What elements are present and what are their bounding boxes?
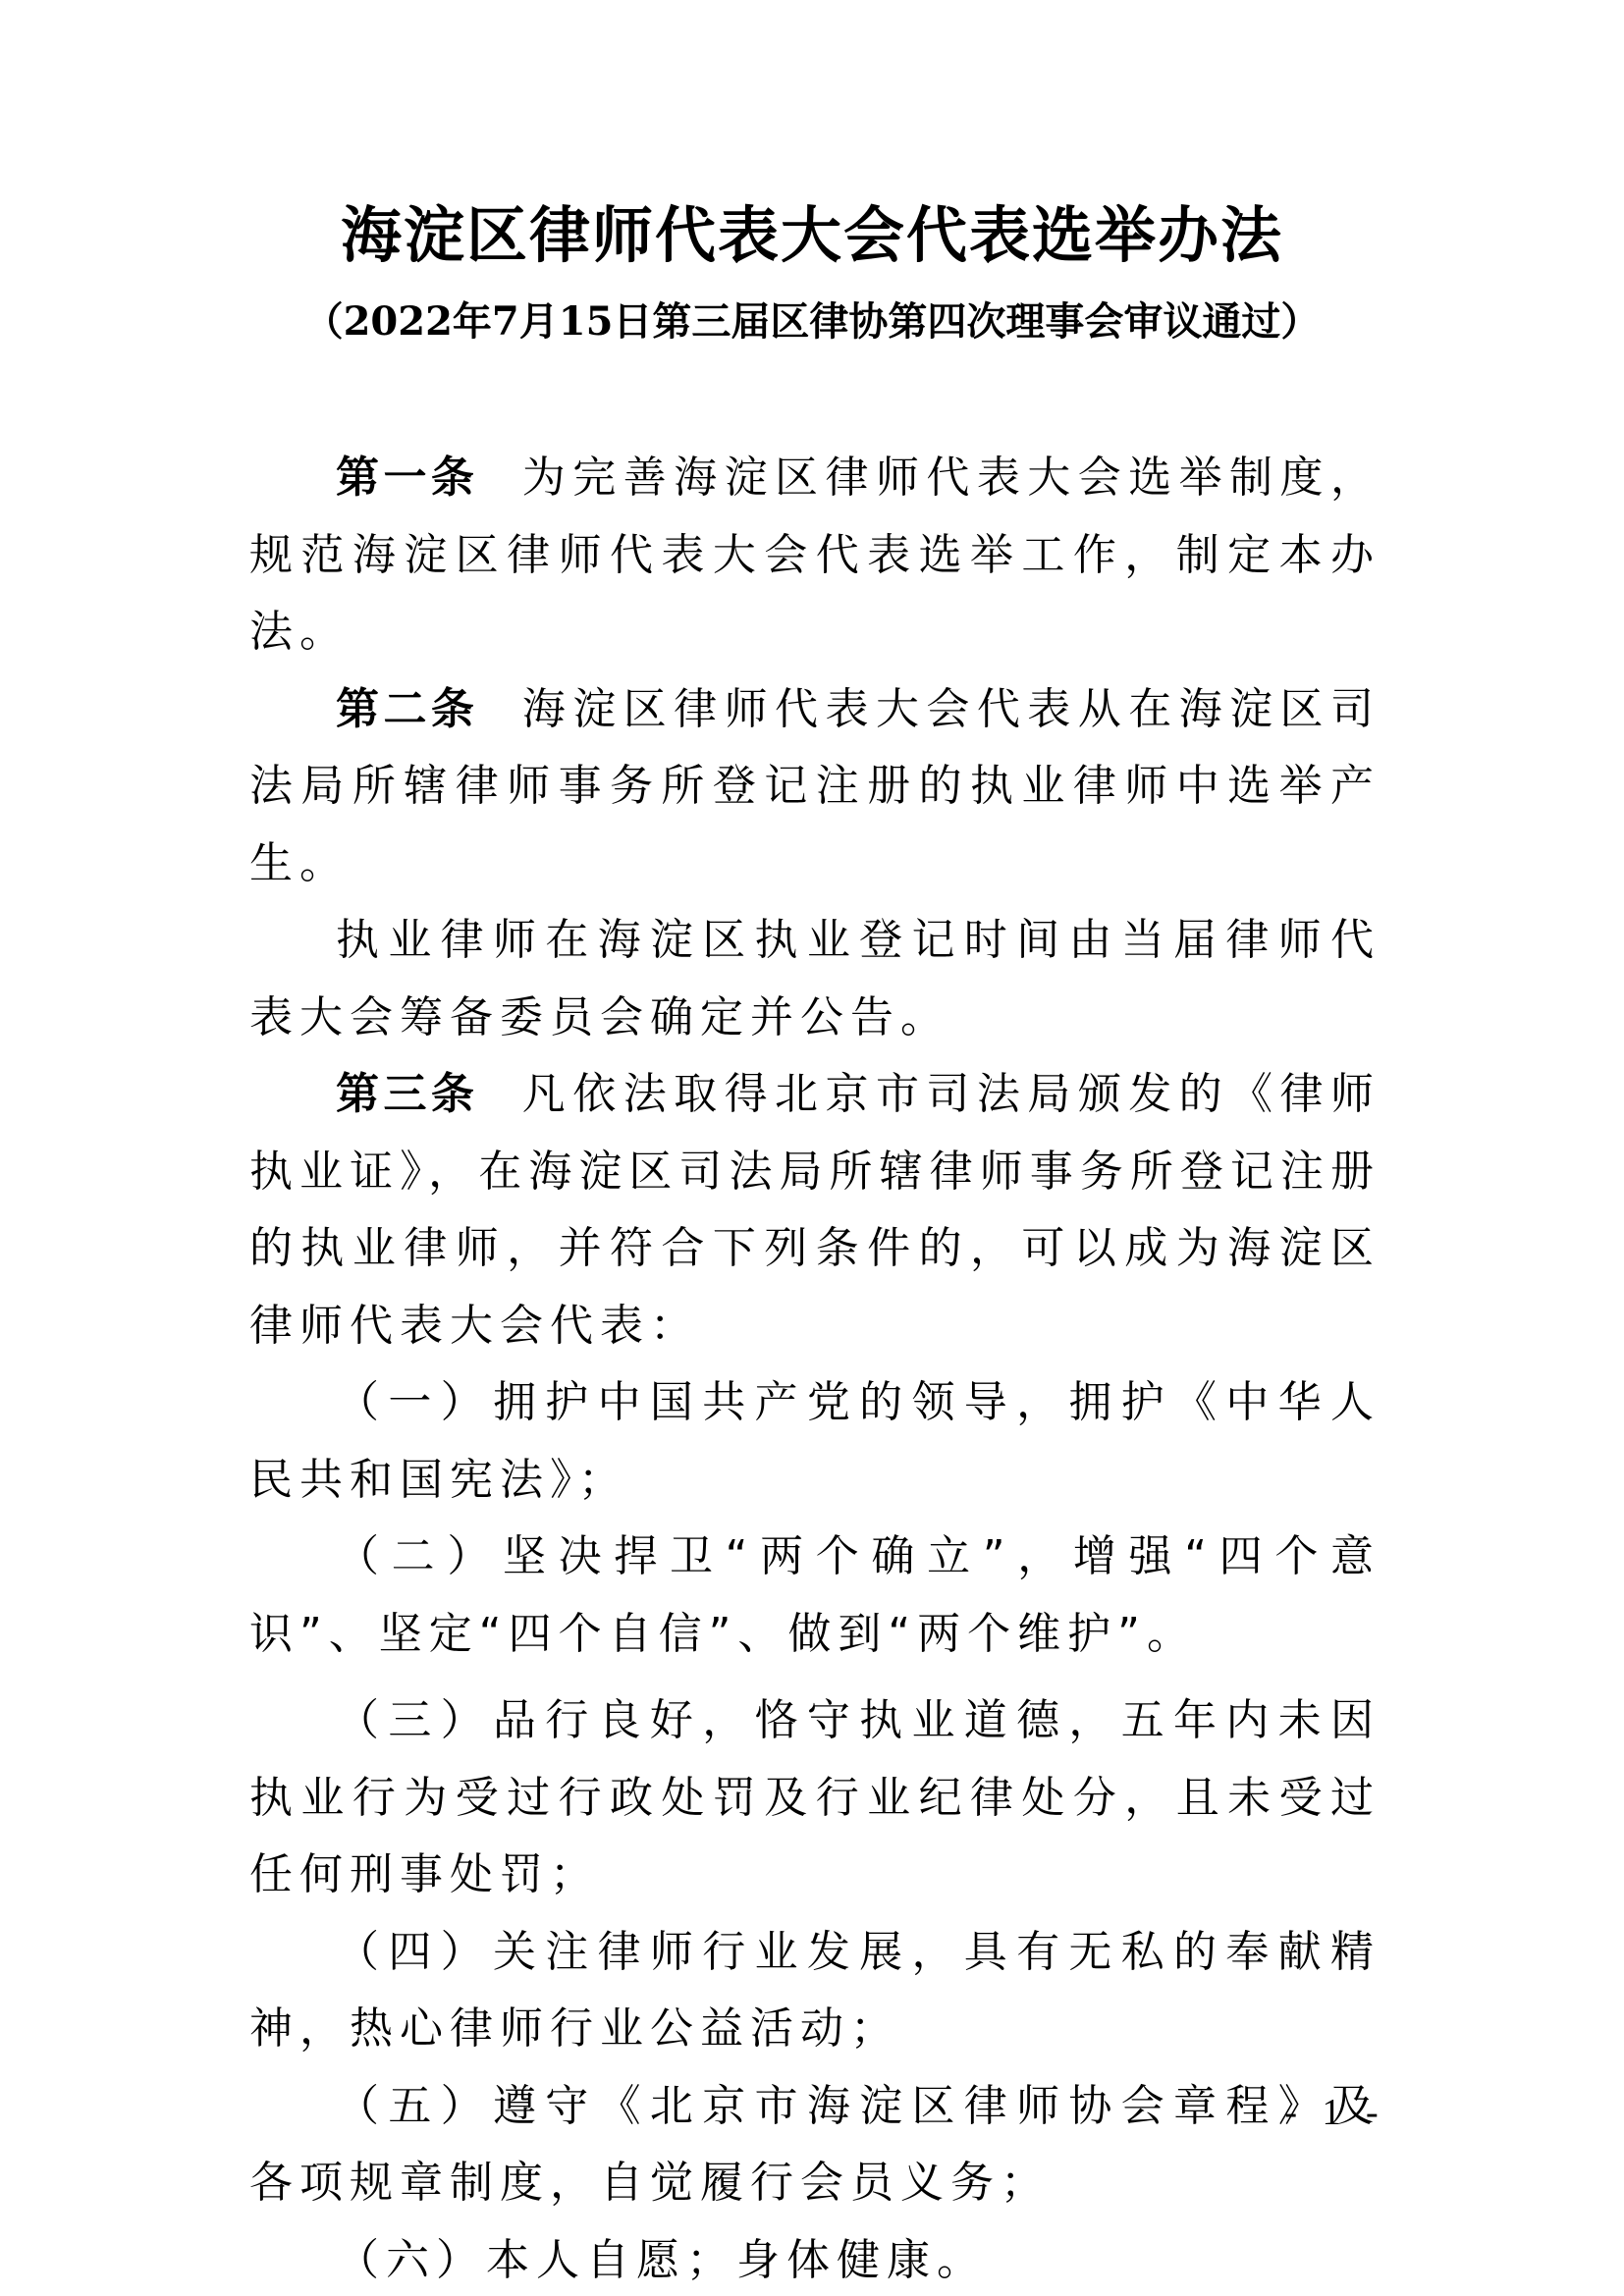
paragraph: 执业律师在海淀区执业登记时间由当届律师代表大会筹备委员会确定并公告。	[249, 902, 1380, 1056]
document-subtitle: （2022年7月15日第三届区律协第四次理事会审议通过）	[0, 294, 1624, 349]
page-number: - 1 -	[1276, 2091, 1394, 2134]
document-body: 第一条为完善海淀区律师代表大会选举制度，规范海淀区律师代表大会代表选举工作，制定…	[249, 440, 1380, 2296]
condition-item: （一）拥护中国共产党的领导，拥护《中华人民共和国宪法》；	[249, 1364, 1380, 1519]
condition-item: （四）关注律师行业发展，具有无私的奉献精神，热心律师行业公益活动；	[249, 1914, 1380, 2068]
article-heading: 第三条	[336, 1069, 478, 1119]
article-heading: 第二条	[336, 684, 478, 734]
condition-item: （二）坚决捍卫“两个确立”，增强“四个意识”、坚定“四个自信”、做到“两个维护”…	[249, 1519, 1380, 1673]
condition-item: （三）品行良好，恪守执业道德，五年内未因执业行为受过行政处罚及行业纪律处分，且未…	[249, 1682, 1380, 1914]
condition-item: （六）本人自愿；身体健康。	[249, 2222, 1380, 2296]
article-heading: 第一条	[336, 453, 478, 503]
article-3: 第三条凡依法取得北京市司法局颁发的《律师执业证》，在海淀区司法局所辖律师事务所登…	[249, 1056, 1380, 1364]
document-page: 海淀区律师代表大会代表选举办法 （2022年7月15日第三届区律协第四次理事会审…	[0, 0, 1624, 2296]
condition-item: （五）遵守《北京市海淀区律师协会章程》及各项规章制度，自觉履行会员义务；	[249, 2068, 1380, 2222]
article-1: 第一条为完善海淀区律师代表大会选举制度，规范海淀区律师代表大会代表选举工作，制定…	[249, 440, 1380, 671]
document-title: 海淀区律师代表大会代表选举办法	[0, 196, 1624, 275]
article-2: 第二条海淀区律师代表大会代表从在海淀区司法局所辖律师事务所登记注册的执业律师中选…	[249, 671, 1380, 903]
